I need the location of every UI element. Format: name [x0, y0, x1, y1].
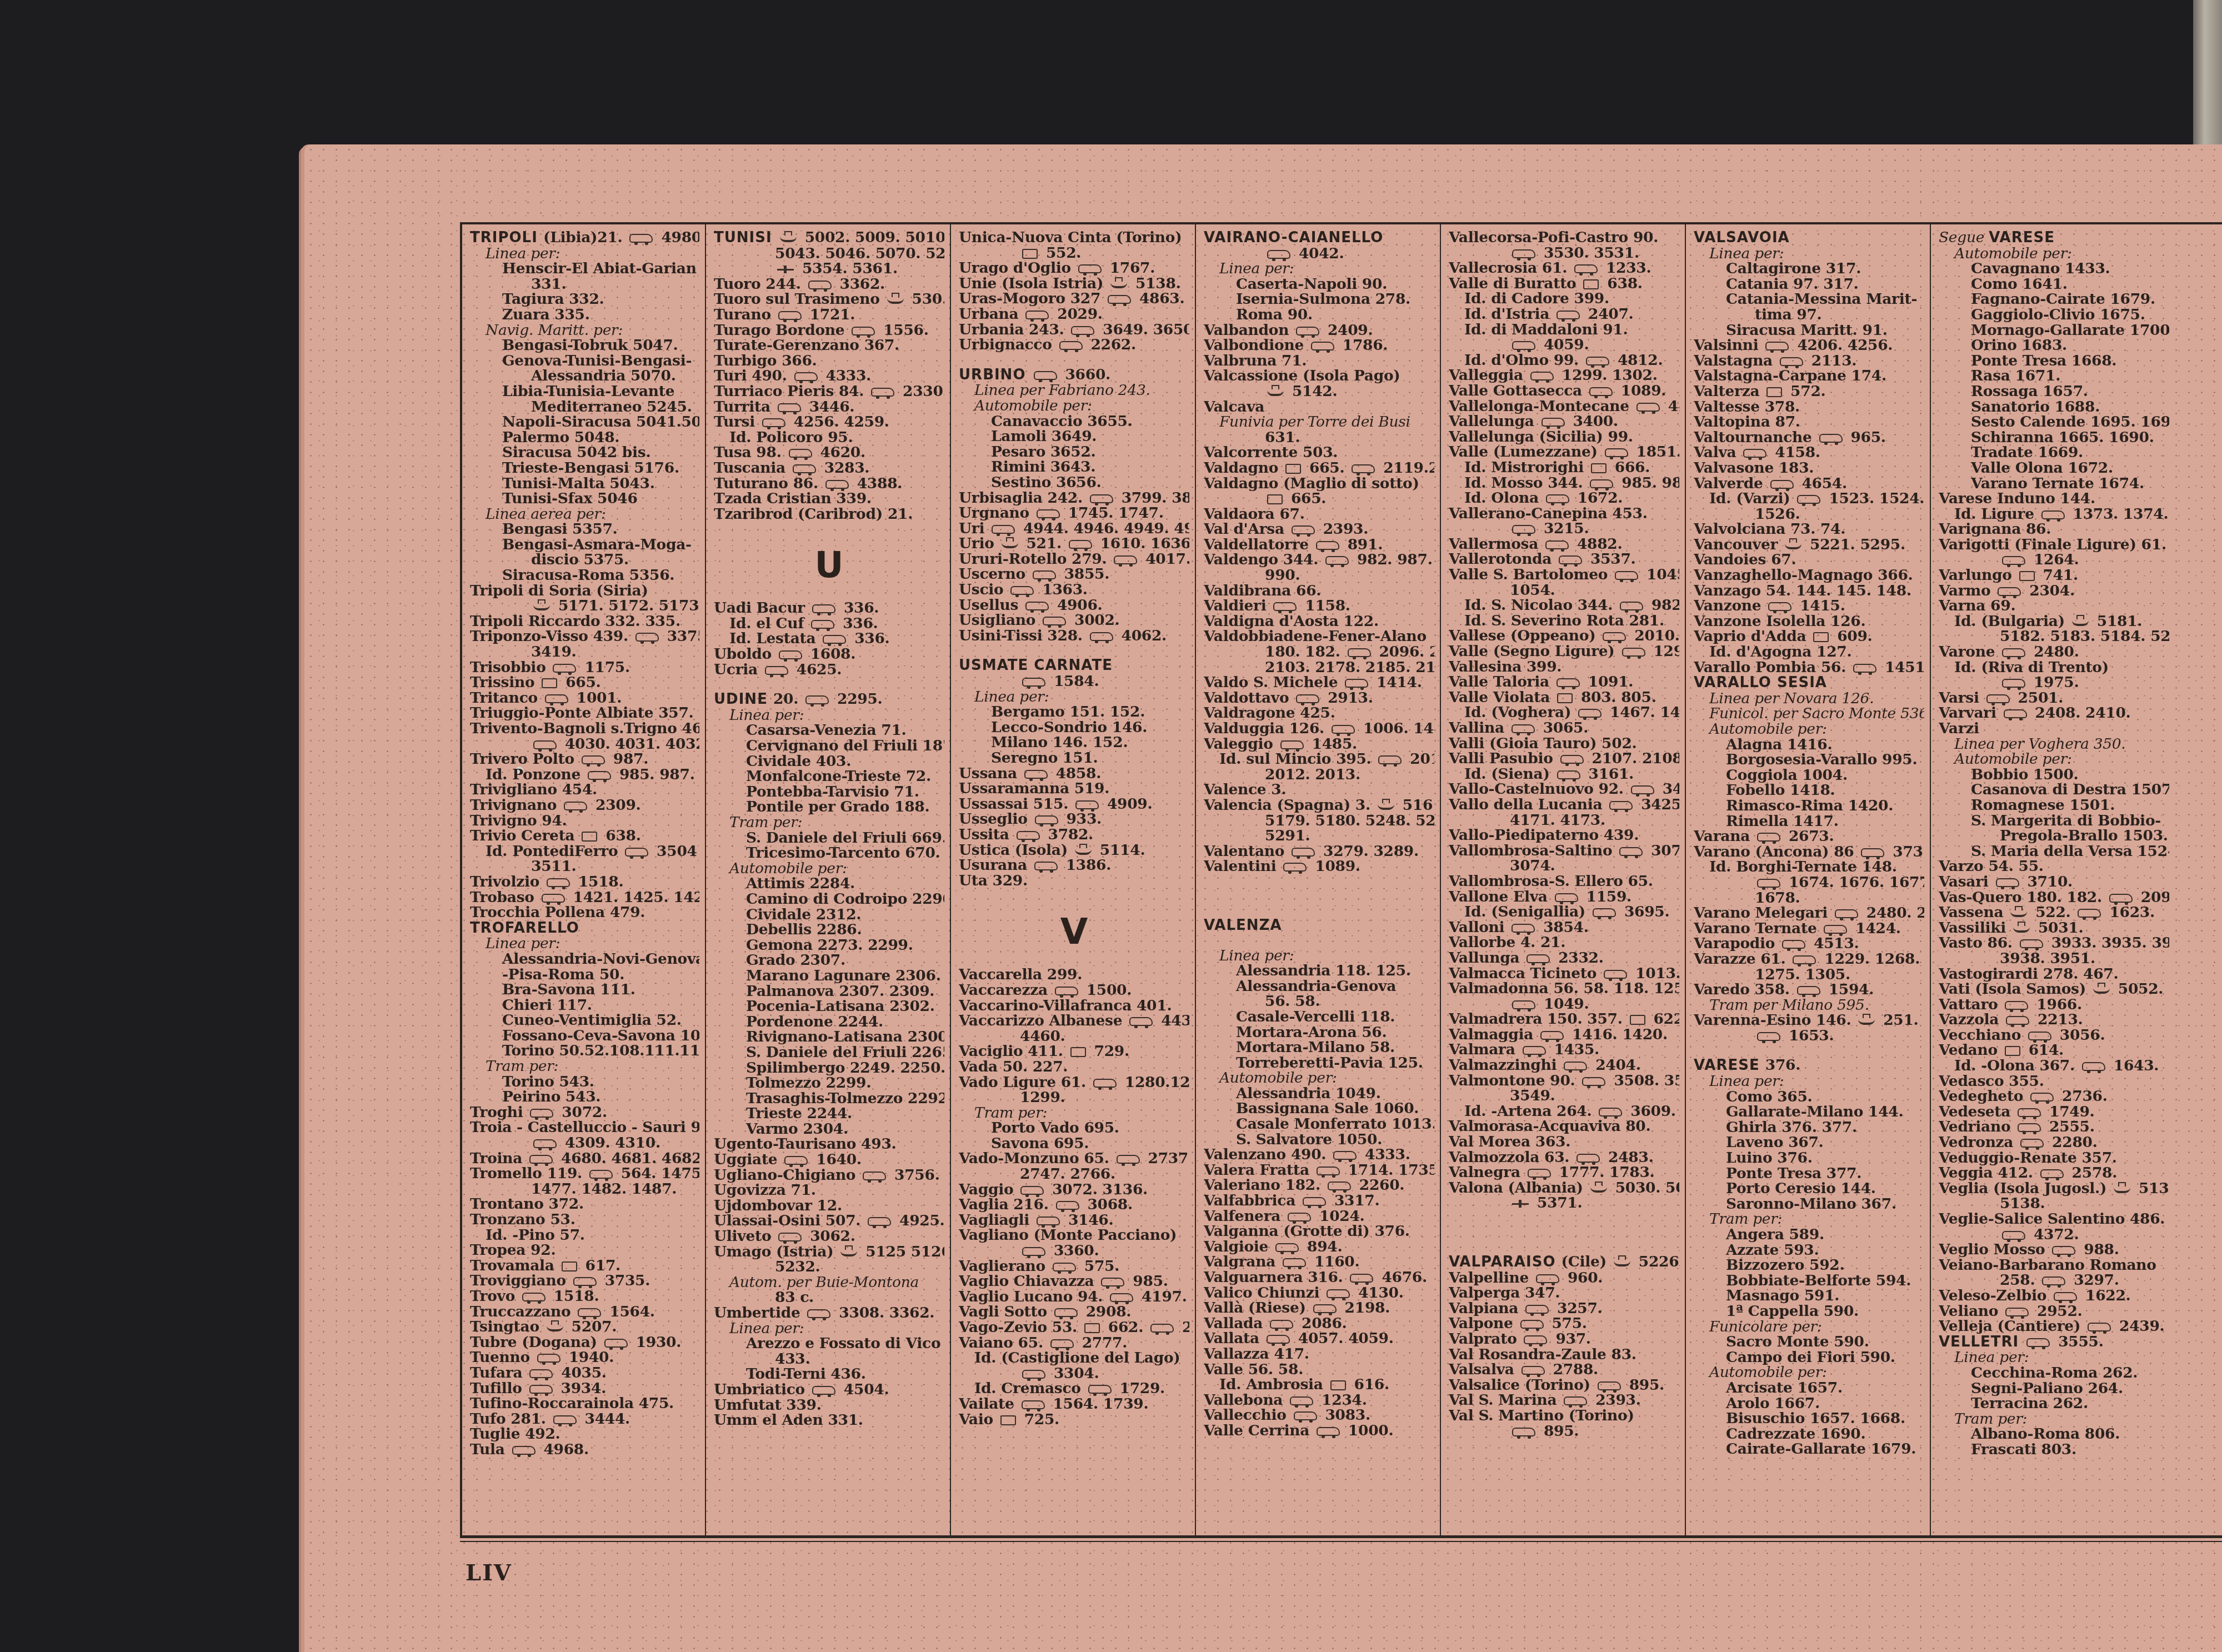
- index-entry: Bengasi 5357.: [470, 522, 699, 537]
- index-entry: Valle di Buratto 638.: [1449, 276, 1679, 292]
- bus-icon: [2088, 1323, 2111, 1331]
- index-entry: Grado 2307.: [714, 953, 944, 968]
- ship-icon: [1267, 388, 1284, 396]
- index-entry: Valentini 1089.: [1204, 859, 1434, 874]
- index-entry: Trivignano 2309.: [470, 798, 699, 813]
- bus-icon: [582, 755, 605, 764]
- bus-icon: [1311, 342, 1334, 351]
- index-entry: Valfabbrica 3317.: [1204, 1193, 1434, 1209]
- index-entry: Vasari 3710.: [1939, 874, 2169, 890]
- index-entry: Id. S. Severino Rota 281.: [1449, 613, 1679, 629]
- index-entry: Valdagno (Maglio di sotto): [1204, 476, 1434, 492]
- tram-icon: [582, 832, 597, 842]
- tram-icon: [1583, 279, 1599, 289]
- index-entry: Alessandria 1049.: [1204, 1086, 1434, 1102]
- index-entry: Vanzaghello-Magnago 366.: [1694, 568, 1924, 583]
- bus-icon: [1797, 495, 1820, 504]
- index-entry: Bisuschio 1657. 1668.: [1694, 1411, 1924, 1426]
- index-entry: Troghi 3072.: [470, 1105, 699, 1120]
- bus-icon: [1542, 418, 1565, 427]
- index-entry: Uscerno 3855.: [959, 567, 1189, 582]
- tram-icon: [1630, 1015, 1645, 1025]
- index-entry: Varignana 86.: [1939, 522, 2169, 537]
- bus-icon: [564, 802, 587, 810]
- station-name: VAIRANO-CAIANELLO: [1204, 230, 1383, 246]
- index-entry: Valtesse 378.: [1694, 399, 1924, 415]
- index-entry: Vagliano (Monte Pacciano): [959, 1228, 1189, 1243]
- index-entry: 1674. 1676. 1677.: [1694, 875, 1924, 890]
- index-entry: Vailate 1564. 1739.: [959, 1396, 1189, 1412]
- index-entry: Trieste-Bengasi 5176.: [470, 460, 699, 476]
- bus-icon: [825, 480, 849, 489]
- index-entry: Valmara 1435.: [1449, 1042, 1679, 1058]
- index-entry: 1049.: [1449, 997, 1679, 1012]
- index-entry: Val Rosandra-Zaule 83.: [1449, 1347, 1679, 1363]
- index-entry: Ulassai-Osini 507. 4925.: [714, 1213, 944, 1229]
- station-name: VARALLO SESIA: [1694, 675, 1827, 691]
- index-entry: 1054.: [1449, 583, 1679, 598]
- index-entry: 5171. 5172. 5173.: [470, 598, 699, 614]
- index-entry: Vallerotonda 3537.: [1449, 552, 1679, 567]
- index-entry: 331.: [470, 277, 699, 292]
- index-entry: Urbisaglia 242. 3799. 3804.: [959, 490, 1189, 506]
- bus-icon: [1117, 1155, 1140, 1164]
- index-entry: Trivolzio 1518.: [470, 874, 699, 890]
- index-entry: Tuenno 1940.: [470, 1350, 699, 1365]
- index-entry: 2103. 2178. 2185. 2192.: [1204, 660, 1434, 675]
- index-entry: Caserta-Napoli 90.: [1204, 277, 1434, 292]
- tram-icon: [1022, 249, 1038, 259]
- bus-icon: [811, 620, 834, 629]
- index-entry: 3511.: [470, 859, 699, 874]
- tram-icon: [1330, 1380, 1346, 1390]
- index-entry: Masnago 591.: [1694, 1288, 1924, 1304]
- bus-icon: [1998, 587, 2021, 596]
- index-entry: Valmadonna 56. 58. 118. 125.: [1449, 981, 1679, 997]
- index-entry: Trivigno 94.: [470, 813, 699, 829]
- index-entry: S. Margerita di Bobbio-: [1939, 813, 2169, 829]
- index-entry: Tufara 4035.: [470, 1365, 699, 1381]
- bus-icon: [1059, 341, 1083, 350]
- index-entry: Vallone Elva 1159.: [1449, 889, 1679, 905]
- index-entry: Genova-Tunisi-Bengasi-: [470, 353, 699, 369]
- index-entry: 631.: [1204, 430, 1434, 445]
- bus-icon: [1546, 494, 1569, 503]
- index-entry: Troina 4680. 4681. 4682.: [470, 1151, 699, 1167]
- bus-icon: [589, 1170, 613, 1179]
- tram-icon: [1285, 464, 1301, 474]
- index-entry: Vallelunga (Sicilia) 99.: [1449, 429, 1679, 445]
- index-entry: Valvasone 183.: [1694, 460, 1924, 476]
- spacer: [959, 643, 1189, 658]
- bus-icon: [2030, 1093, 2054, 1102]
- index-entry: Vassiliki 5031.: [1939, 920, 2169, 936]
- index-entry: Valdigna d'Aosta 122.: [1204, 614, 1434, 629]
- station-heading: Segue VARESE: [1939, 230, 2169, 246]
- bus-icon: [1609, 801, 1633, 810]
- bus-icon: [793, 464, 816, 473]
- spacer: [714, 677, 944, 692]
- index-entry: Luino 376.: [1694, 1150, 1924, 1166]
- index-entry: Varmo 2304.: [1939, 583, 2169, 599]
- index-entry: Valle Violata 803. 805.: [1449, 690, 1679, 705]
- index-entry: Vallecchio 3083.: [1204, 1408, 1434, 1423]
- index-entry: S. Daniele del Friuli 669.: [714, 830, 944, 846]
- index-entry: Veleso-Zelbio 1622.: [1939, 1288, 2169, 1304]
- index-entry: Umfutat 339.: [714, 1398, 944, 1413]
- bus-icon: [588, 771, 611, 780]
- bus-icon: [1332, 725, 1355, 734]
- station-name: VARESE: [1989, 230, 2055, 246]
- index-entry: Pesaro 3652.: [959, 444, 1189, 460]
- ship-icon: [2114, 1185, 2130, 1193]
- bus-icon: [1527, 954, 1550, 963]
- index-entry: Vas-Quero 180. 182. 2096.: [1939, 890, 2169, 905]
- index-entry: Urbignacco 2262.: [959, 337, 1189, 353]
- index-entry: Valbondione 1786.: [1204, 338, 1434, 353]
- transport-type-label: Automobile per:: [1694, 1365, 1924, 1380]
- bus-icon: [1317, 1427, 1340, 1436]
- bus-icon: [794, 372, 818, 381]
- bus-icon: [1757, 879, 1780, 888]
- index-entry: Valle 56. 58.: [1204, 1362, 1434, 1378]
- index-entry: Valle Taloria 1091.: [1449, 674, 1679, 690]
- index-entry: Pordenone 2244.: [714, 1014, 944, 1030]
- ship-icon: [1002, 540, 1018, 548]
- bus-icon: [2040, 1169, 2064, 1178]
- index-entry: Valvolciana 73. 74.: [1694, 522, 1924, 537]
- index-entry: Umm el Aden 331.: [714, 1413, 944, 1428]
- index-entry: Tuglie 492.: [470, 1426, 699, 1442]
- index-entry: 4372.: [1939, 1227, 2169, 1243]
- index-entry: Trisobbio 1175.: [470, 660, 699, 675]
- bus-icon: [2005, 1308, 2029, 1316]
- index-entry: 3215.: [1449, 521, 1679, 537]
- bus-icon: [1564, 1396, 1587, 1405]
- index-entry: Tolmezzo 2299.: [714, 1075, 944, 1091]
- index-entry: Valduggia 126. 1006. 1444.: [1204, 721, 1434, 737]
- index-entry: Vallermosa 4882.: [1449, 537, 1679, 552]
- index-entry: Valli (Gioia Tauro) 502.: [1449, 736, 1679, 752]
- index-entry: 5142.: [1204, 384, 1434, 399]
- station-name: TUNISI: [714, 230, 778, 246]
- index-column-4: VAIRANO-CAIANELLO 4042.Linea per:Caserta…: [1195, 224, 1440, 1535]
- index-entry: Vaglio Lucano 94. 4197.: [959, 1289, 1189, 1305]
- bus-icon: [1604, 970, 1627, 979]
- index-entry: Id. (Voghera) 1467. 1469: [1449, 705, 1679, 720]
- bus-icon: [1557, 311, 1580, 319]
- station-heading: TUNISI 5002. 5009. 5010: [714, 230, 944, 246]
- index-entry: Vallerano-Canepina 453.: [1449, 506, 1679, 522]
- index-entry: Val S. Martino (Torino): [1449, 1408, 1679, 1424]
- index-entry: Varigotti (Finale Ligure) 61.: [1939, 537, 2169, 553]
- bus-icon: [1024, 770, 1048, 779]
- index-entry: Valmozzola 63. 2483.: [1449, 1150, 1679, 1165]
- bus-icon: [1620, 602, 1643, 610]
- index-entry: Valli Pasubio 2107. 2108.: [1449, 751, 1679, 767]
- bus-icon: [1071, 326, 1094, 335]
- index-entry: Tufino-Roccarainola 475.: [470, 1396, 699, 1411]
- bus-icon: [1619, 847, 1643, 856]
- ship-icon: [2013, 925, 2030, 933]
- bus-icon: [762, 418, 785, 427]
- bus-icon: [812, 1386, 835, 1395]
- bus-icon: [1114, 555, 1137, 564]
- index-entry: Id. -Artena 264. 3609.: [1449, 1104, 1679, 1119]
- index-entry: Valstagna 2113.: [1694, 353, 1924, 369]
- index-entry: Uggiate 1640.: [714, 1152, 944, 1168]
- index-entry: Peirino 543.: [470, 1089, 699, 1105]
- index-entry: Albano-Roma 806.: [1939, 1426, 2169, 1442]
- index-entry: Unie (Isola Istria) 5138.: [959, 276, 1189, 292]
- index-column-1: TRIPOLI (Libia)21. 4980.Linea per:Hensci…: [460, 224, 705, 1535]
- index-entry: Varano (Ancona) 86 3731. 3734: [1694, 844, 1924, 860]
- bus-icon: [1578, 709, 1602, 718]
- index-entry: 5371.: [1449, 1195, 1679, 1211]
- bus-icon: [1055, 987, 1078, 995]
- index-entry: Id. d'Istria 2407.: [1449, 307, 1679, 322]
- index-entry: 4030. 4031. 4032.: [470, 737, 699, 752]
- index-entry: Cavagnano 1433.: [1939, 261, 2169, 277]
- index-entry: Vado Ligure 61. 1280.1298.: [959, 1075, 1189, 1090]
- bus-icon: [1524, 1335, 1547, 1344]
- bus-icon: [2042, 1276, 2065, 1285]
- index-entry: 1678.: [1694, 890, 1924, 906]
- index-entry: Varano Ternate 1674.: [1939, 476, 2169, 492]
- index-entry: Unica-Nuova Cinta (Torino): [959, 230, 1189, 246]
- transport-type-label: Linea per:: [714, 708, 944, 723]
- index-entry: Valdobbiadene-Fener-Alano: [1204, 629, 1434, 644]
- bus-icon: [1378, 755, 1402, 764]
- index-entry: Valgioie 894.: [1204, 1239, 1434, 1255]
- index-entry: 3549.: [1449, 1088, 1679, 1104]
- index-entry: Valtopina 87.: [1694, 414, 1924, 430]
- bus-icon: [533, 740, 557, 749]
- index-entry: Pontile per Grado 188.: [714, 799, 944, 815]
- index-entry: Id. Ponzone 985. 987.: [470, 767, 699, 783]
- ship-icon: [2010, 909, 2027, 917]
- station-name: VALPARAISO: [1449, 1254, 1562, 1270]
- index-entry: Torreberetti-Pavia 125.: [1204, 1055, 1434, 1071]
- bus-icon: [1035, 815, 1058, 824]
- tram-icon: [562, 1261, 577, 1271]
- index-entry: Val Morea 363.: [1449, 1134, 1679, 1150]
- index-entry: Valona (Albania) 5030. 5031.: [1449, 1180, 1679, 1196]
- station-heading: VELLETRI 3555.: [1939, 1334, 2169, 1350]
- spacer: [1694, 1043, 1924, 1058]
- index-entry: Valprato 937.: [1449, 1331, 1679, 1347]
- index-entry: Ucria 4625.: [714, 662, 944, 678]
- index-entry: 3419.: [470, 644, 699, 660]
- bus-icon: [868, 1217, 891, 1226]
- station-heading: VARALLO SESIA: [1694, 675, 1924, 691]
- index-entry: Fagnano-Cairate 1679.: [1939, 292, 2169, 307]
- index-entry: Vallada 2086.: [1204, 1316, 1434, 1331]
- bus-icon: [1528, 1169, 1551, 1178]
- index-entry: Valeggio 1485.: [1204, 737, 1434, 752]
- index-entry: Trontano 372.: [470, 1197, 699, 1212]
- index-entry: Seregno 151.: [959, 750, 1189, 766]
- index-entry: Bobbio 1500.: [1939, 767, 2169, 783]
- bus-icon: [1093, 1079, 1117, 1088]
- bus-icon: [1129, 1017, 1153, 1026]
- index-entry: Varzi: [1939, 721, 2169, 737]
- index-entry: Monfalcone-Trieste 72.: [714, 769, 944, 784]
- index-entry: Umbriatico 4504.: [714, 1382, 944, 1398]
- bus-icon: [2054, 1292, 2077, 1301]
- index-entry: Vassena 522. 1623.: [1939, 905, 2169, 920]
- index-entry: Vallazza 417.: [1204, 1346, 1434, 1362]
- station-name: VARESE: [1694, 1058, 1765, 1074]
- index-entry: Ussita 3782.: [959, 827, 1189, 843]
- index-entry: Id. (Riva di Trento): [1939, 660, 2169, 675]
- index-entry: Vaglia 216. 3068.: [959, 1197, 1189, 1213]
- index-entry: Varana 2673.: [1694, 829, 1924, 844]
- index-column-5: Vallecorsa-Pofi-Castro 90. 3530. 3531.Va…: [1440, 224, 1685, 1535]
- index-entry: Sesto Calende 1695. 1699.: [1939, 414, 2169, 430]
- index-entry: Varese Induno 144.: [1939, 491, 2169, 507]
- bus-icon: [1577, 1154, 1600, 1163]
- index-entry: Valmorasa-Acquaviva 80.: [1449, 1119, 1679, 1134]
- index-entry: 1ª Cappella 590.: [1694, 1304, 1924, 1319]
- index-entry: Valnegra 1777. 1783.: [1449, 1165, 1679, 1180]
- index-entry: Valcava: [1204, 399, 1434, 415]
- bus-icon: [1986, 694, 2010, 703]
- index-entry: Bizzozero 592.: [1694, 1258, 1924, 1273]
- index-entry: Id. S. Nicolao 344. 982.: [1449, 598, 1679, 613]
- index-entry: Vanzago 54. 144. 145. 148.: [1694, 583, 1924, 599]
- index-entry: Varmo 2304.: [714, 1122, 944, 1137]
- index-entry: Tusa 98. 4620.: [714, 445, 944, 460]
- index-entry: Id. PontediFerro 3504: [470, 844, 699, 859]
- index-entry: 5043. 5046. 5070. 5252.: [714, 246, 944, 262]
- index-entry: Vallecorsa-Pofi-Castro 90.: [1449, 230, 1679, 246]
- index-entry: Valdottavo 2913.: [1204, 690, 1434, 706]
- index-entry: Valmadrera 150. 357. 622.: [1449, 1012, 1679, 1027]
- index-entry: Turrita 3446.: [714, 399, 944, 415]
- transport-type-label: Linea aerea per:: [470, 507, 699, 522]
- index-entry: Velleja (Cantiere) 2439.: [1939, 1319, 2169, 1334]
- index-entry: Borgosesia-Varallo 995.: [1694, 752, 1924, 768]
- bus-icon: [1292, 848, 1315, 857]
- index-entry: Vazzola 2213.: [1939, 1012, 2169, 1028]
- bus-icon: [2006, 1016, 2029, 1025]
- bus-icon: [2005, 1001, 2028, 1010]
- index-entry: Varano Ternate 1424.: [1694, 921, 1924, 937]
- index-entry: Valencia (Spagna) 3. 5161.: [1204, 798, 1434, 813]
- index-entry: Id. Mistrorighi 666.: [1449, 460, 1679, 475]
- index-entry: Vaccarino-Villafranca 401.: [959, 998, 1189, 1014]
- index-entry: Valganna (Grotte di) 376.: [1204, 1224, 1434, 1239]
- bus-icon: [1582, 1077, 1605, 1086]
- bus-icon: [1283, 1258, 1306, 1267]
- bus-icon: [1768, 602, 1791, 611]
- bus-icon: [1288, 1213, 1311, 1222]
- transport-type-label: Linea per:: [1694, 246, 1924, 262]
- index-entry: Vaglierano 575.: [959, 1259, 1189, 1274]
- index-entry: Vaccarizzo Albanese 4432.: [959, 1013, 1189, 1029]
- spacer: [1204, 903, 1434, 918]
- bus-icon: [2018, 1123, 2041, 1132]
- bus-icon: [1022, 1247, 1045, 1256]
- index-entry: Vaiano 65. 2777.: [959, 1335, 1189, 1351]
- transport-type-label: Automobile per:: [1204, 1070, 1434, 1086]
- index-entry: Gallarate-Milano 144.: [1694, 1104, 1924, 1120]
- bus-icon: [1090, 632, 1113, 641]
- index-entry: Porto Vado 695.: [959, 1120, 1189, 1136]
- index-entry: Vattaro 1966.: [1939, 997, 2169, 1013]
- index-entry: Ponte Tresa 1668.: [1939, 353, 2169, 369]
- transport-type-label: Tram per:: [470, 1059, 699, 1074]
- bus-icon: [1637, 403, 1660, 412]
- index-entry: Veglie-Salice Salentino 486.: [1939, 1212, 2169, 1227]
- bus-icon: [2020, 1139, 2044, 1148]
- index-entry: Vedeseta 1749.: [1939, 1104, 2169, 1120]
- index-entry: Tripoli di Soria (Siria): [470, 583, 699, 599]
- index-entry: Cuneo-Ventimiglia 52.: [470, 1013, 699, 1028]
- index-entry: 5354. 5361.: [714, 261, 944, 277]
- index-entry: Varvari 2408. 2410.: [1939, 705, 2169, 721]
- bus-icon: [529, 1155, 553, 1164]
- transport-type-label: Funicolare per:: [1694, 1319, 1924, 1335]
- index-entry: Terracina 262.: [1939, 1396, 2169, 1411]
- index-entry: Valguarnera 316. 4676.: [1204, 1270, 1434, 1285]
- index-entry: Valdo S. Michele 1414.: [1204, 675, 1434, 690]
- index-entry: Pregola-Brallo 1503.: [1939, 828, 2169, 844]
- bus-icon: [629, 234, 653, 243]
- transport-type-label: Automobile per:: [1939, 246, 2169, 262]
- index-entry: Arolo 1667.: [1694, 1396, 1924, 1411]
- index-entry: Vaccarella 299.: [959, 967, 1189, 983]
- index-entry: Usseglio 933.: [959, 812, 1189, 827]
- bus-icon: [1078, 264, 1102, 273]
- index-entry: Id. d'Olmo 99. 4812.: [1449, 353, 1679, 368]
- bus-icon: [529, 1369, 553, 1378]
- bus-icon: [2041, 510, 2065, 519]
- index-entry: Trobaso 1421. 1425. 1426.: [470, 890, 699, 905]
- bus-icon: [2020, 939, 2043, 948]
- bus-icon: [1037, 509, 1060, 518]
- index-entry: Veiano-Barbarano Romano: [1939, 1258, 2169, 1273]
- index-entry: Orino 1683.: [1939, 338, 2169, 353]
- transport-type-label: Linea per:: [470, 246, 699, 262]
- index-entry: 83 c.: [714, 1290, 944, 1305]
- bus-icon: [1316, 541, 1339, 550]
- index-entry: Valterza 572.: [1694, 384, 1924, 399]
- bus-icon: [1290, 1396, 1313, 1405]
- bus-icon: [823, 635, 846, 644]
- bus-icon: [2026, 1338, 2050, 1347]
- bus-icon: [2109, 894, 2133, 903]
- bus-icon: [1793, 955, 1816, 964]
- bus-icon: [1861, 848, 1884, 857]
- index-entry: Palermo 5048.: [470, 430, 699, 445]
- bus-icon: [522, 1293, 546, 1301]
- index-entry: 433.: [714, 1351, 944, 1367]
- bus-icon: [1033, 570, 1056, 579]
- index-entry: Sestino 3656.: [959, 475, 1189, 490]
- index-entry: Siracusa Maritt. 91.: [1694, 323, 1924, 338]
- bus-icon: [1615, 571, 1638, 580]
- bus-icon: [812, 604, 835, 613]
- bus-icon: [1824, 925, 1847, 934]
- index-entry: 2012. 2013.: [1204, 767, 1434, 783]
- index-entry: Bengasi-Asmara-Moga-: [470, 537, 699, 553]
- index-entry: Fobello 1418.: [1694, 783, 1924, 798]
- bus-icon: [1853, 664, 1876, 673]
- bus-icon: [1559, 555, 1582, 564]
- index-entry: Uras-Mogoro 327 4863.: [959, 291, 1189, 307]
